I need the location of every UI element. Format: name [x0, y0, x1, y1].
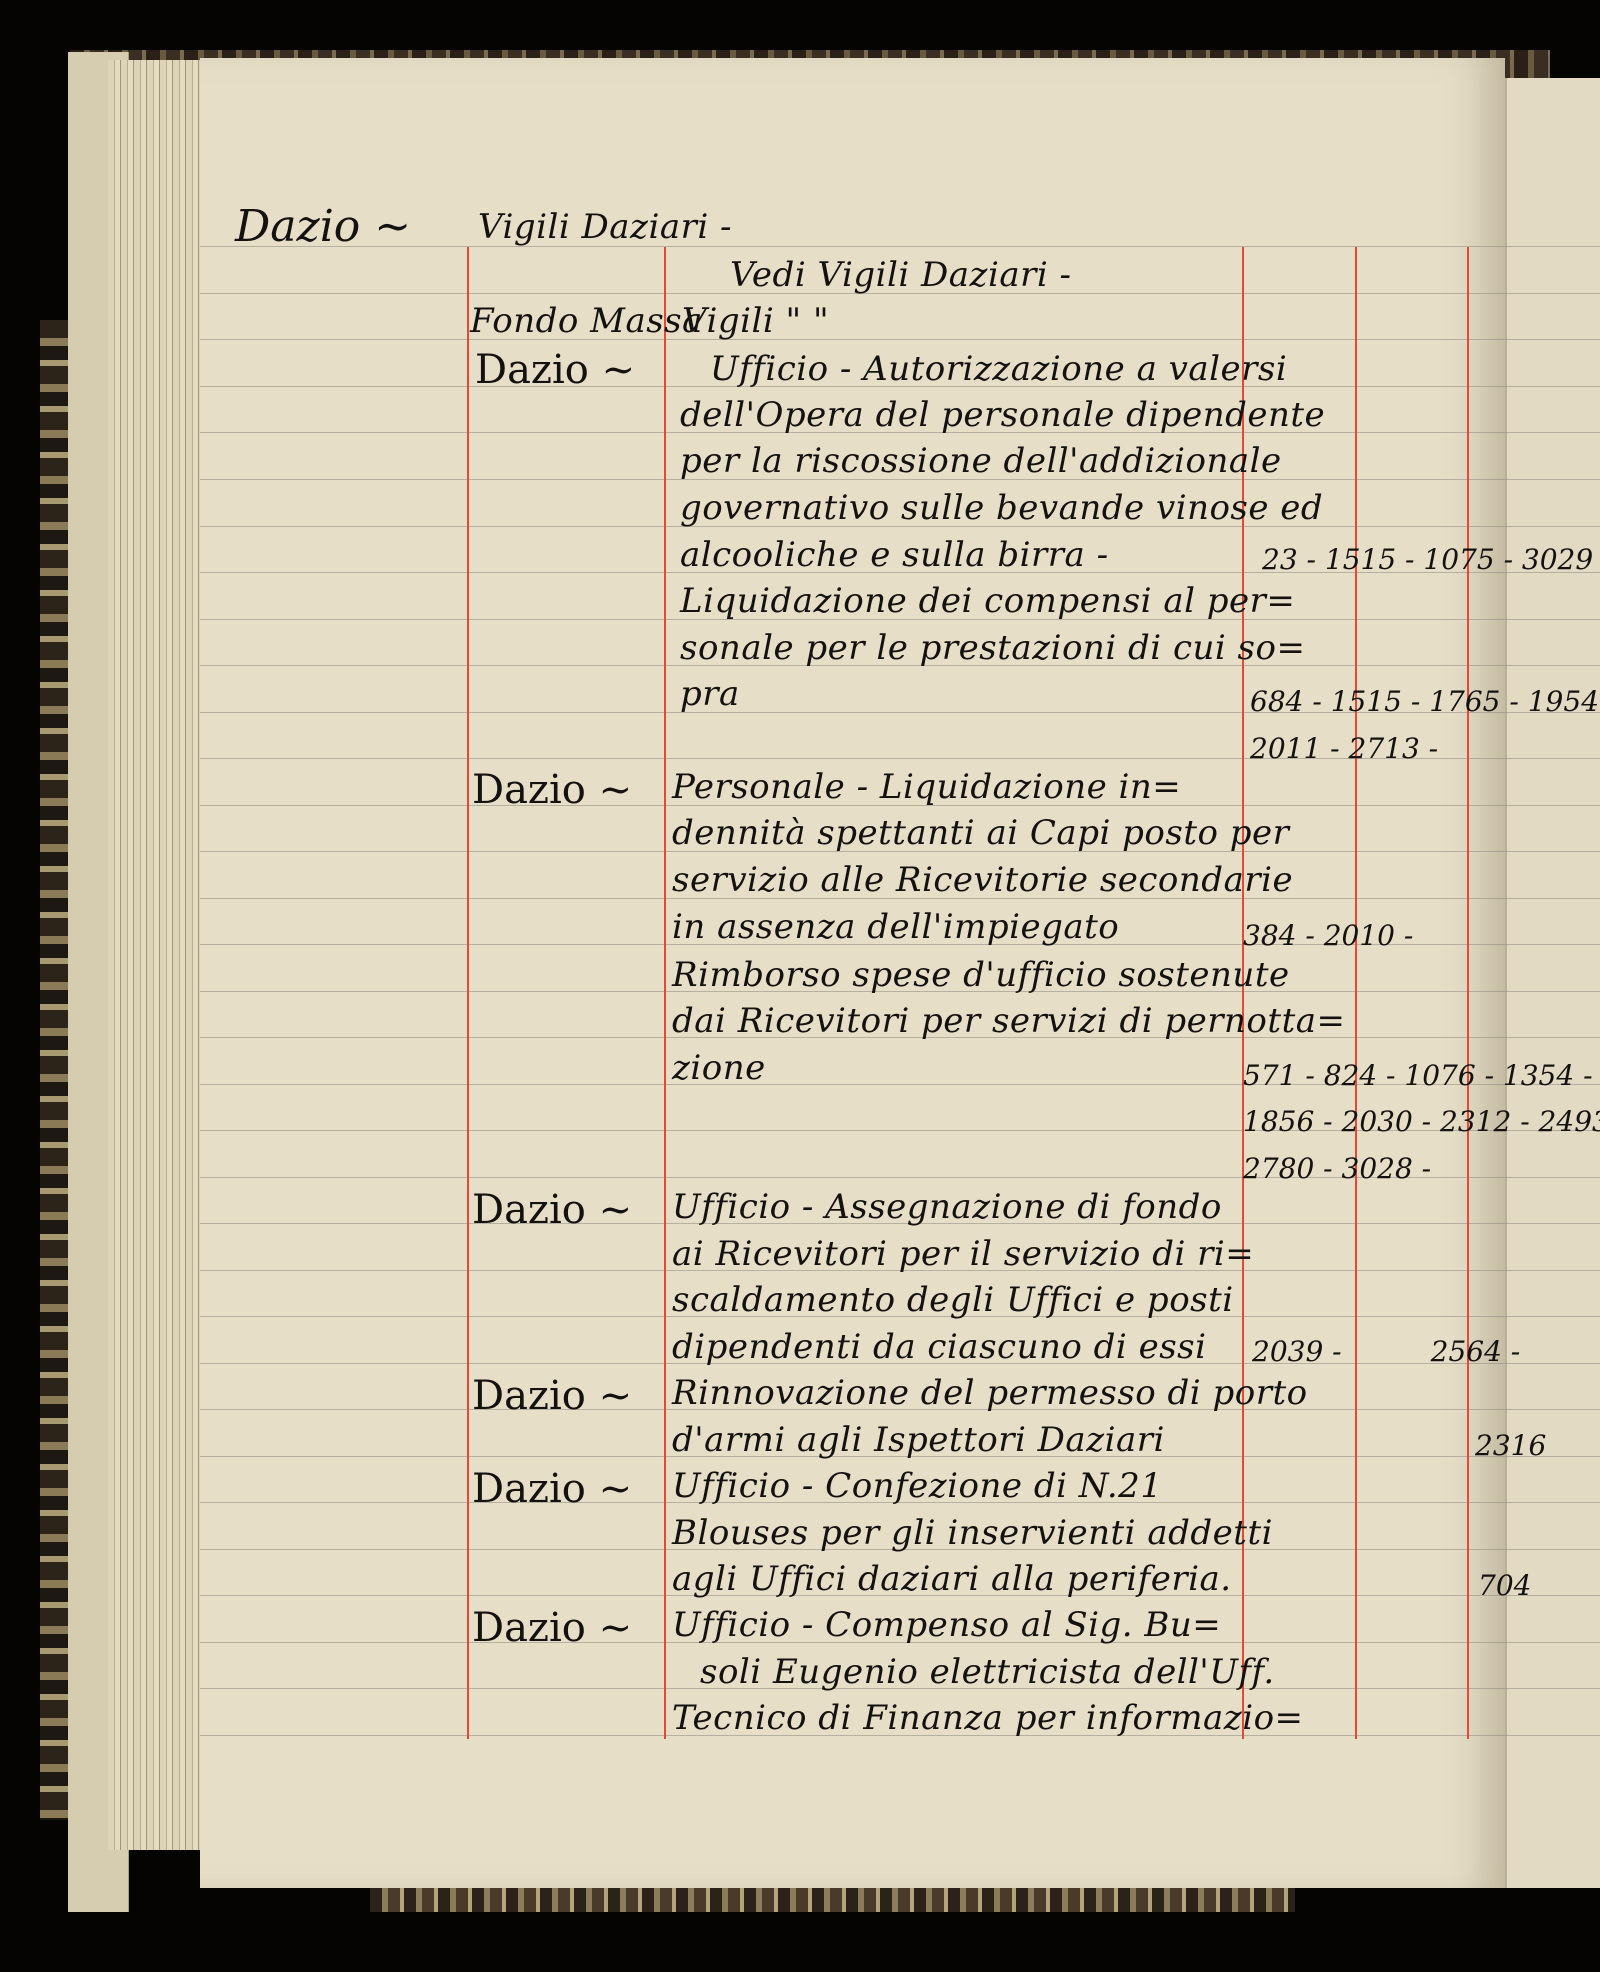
- entry-label: Dazio ~: [475, 350, 635, 390]
- entry-label: Dazio ~: [472, 1190, 632, 1230]
- entry-line: sonale per le prestazioni di cui so=: [680, 631, 1305, 665]
- entry-line: Rimborso spese d'ufficio sostenute: [672, 958, 1290, 992]
- entry-line: soli Eugenio elettricista dell'Uff.: [700, 1655, 1275, 1689]
- entry-line: zione: [672, 1051, 766, 1085]
- entry-line: Blouses per gli inservienti addetti: [672, 1516, 1273, 1550]
- entry-line: ai Ricevitori per il servizio di ri=: [672, 1237, 1254, 1271]
- entry-label: Fondo Massa: [470, 304, 703, 338]
- reference-numbers: 384 - 2010 -: [1243, 922, 1413, 950]
- entry-line: Tecnico di Finanza per informazio=: [672, 1701, 1304, 1735]
- entry-label: Dazio ~: [472, 1469, 632, 1509]
- entry-line: scaldamento degli Uffici e posti: [672, 1283, 1234, 1317]
- facing-page-edge: [1505, 78, 1600, 1888]
- entry-line: Ufficio - Autorizzazione a valersi: [710, 352, 1287, 386]
- section-heading: Dazio ~: [235, 205, 411, 249]
- reference-numbers: 23 - 1515 - 1075 - 3029: [1262, 546, 1593, 574]
- entry-line: alcooliche e sulla birra -: [680, 538, 1109, 572]
- entry-line: dipendenti da ciascuno di essi: [672, 1330, 1206, 1364]
- entry-line: Personale - Liquidazione in=: [672, 770, 1181, 804]
- entry-line: Ufficio - Confezione di N.21: [672, 1469, 1162, 1503]
- entry-line: d'armi agli Ispettori Daziari: [672, 1423, 1165, 1457]
- reference-numbers: 1856 - 2030 - 2312 - 2493: [1243, 1108, 1600, 1136]
- entry-line: agli Uffici daziari alla periferia.: [672, 1562, 1232, 1596]
- page-stack-edges: [108, 60, 208, 1850]
- section-subheading: Vigili Daziari -: [478, 210, 732, 244]
- reference-numbers: 2039 - 2564 -: [1252, 1338, 1520, 1366]
- reference-numbers: 571 - 824 - 1076 - 1354 - 1519: [1243, 1062, 1600, 1090]
- entry-line: governativo sulle bevande vinose ed: [680, 491, 1323, 525]
- reference-numbers: 684 - 1515 - 1765 - 1954: [1250, 688, 1599, 716]
- entry-label: Dazio ~: [472, 770, 632, 810]
- entry-line: Liquidazione dei compensi al per=: [680, 584, 1295, 618]
- entry-line: Ufficio - Compenso al Sig. Bu=: [672, 1608, 1221, 1642]
- reference-numbers: 2780 - 3028 -: [1243, 1155, 1431, 1183]
- entry-label: Dazio ~: [472, 1376, 632, 1416]
- entry-line: dai Ricevitori per servizi di pernotta=: [672, 1004, 1346, 1038]
- entry-line: dennità spettanti ai Capi posto per: [672, 816, 1289, 850]
- entry-line: Vedi Vigili Daziari -: [730, 258, 1072, 292]
- entry-line: Ufficio - Assegnazione di fondo: [672, 1190, 1222, 1224]
- entry-line: per la riscossione dell'addizionale: [680, 444, 1282, 478]
- entry-line: Rinnovazione del permesso di porto: [672, 1376, 1308, 1410]
- entry-line: pra: [680, 677, 740, 711]
- reference-numbers: 704: [1478, 1572, 1531, 1600]
- entry-line: dell'Opera del personale dipendente: [680, 398, 1325, 432]
- entry-line: Vigili " ": [682, 304, 829, 338]
- entry-line: servizio alle Ricevitorie secondarie: [672, 863, 1293, 897]
- reference-numbers: 2316: [1475, 1432, 1546, 1460]
- entry-label: Dazio ~: [472, 1608, 632, 1648]
- entry-line: in assenza dell'impiegato: [672, 910, 1119, 944]
- reference-numbers: 2011 - 2713 -: [1250, 735, 1438, 763]
